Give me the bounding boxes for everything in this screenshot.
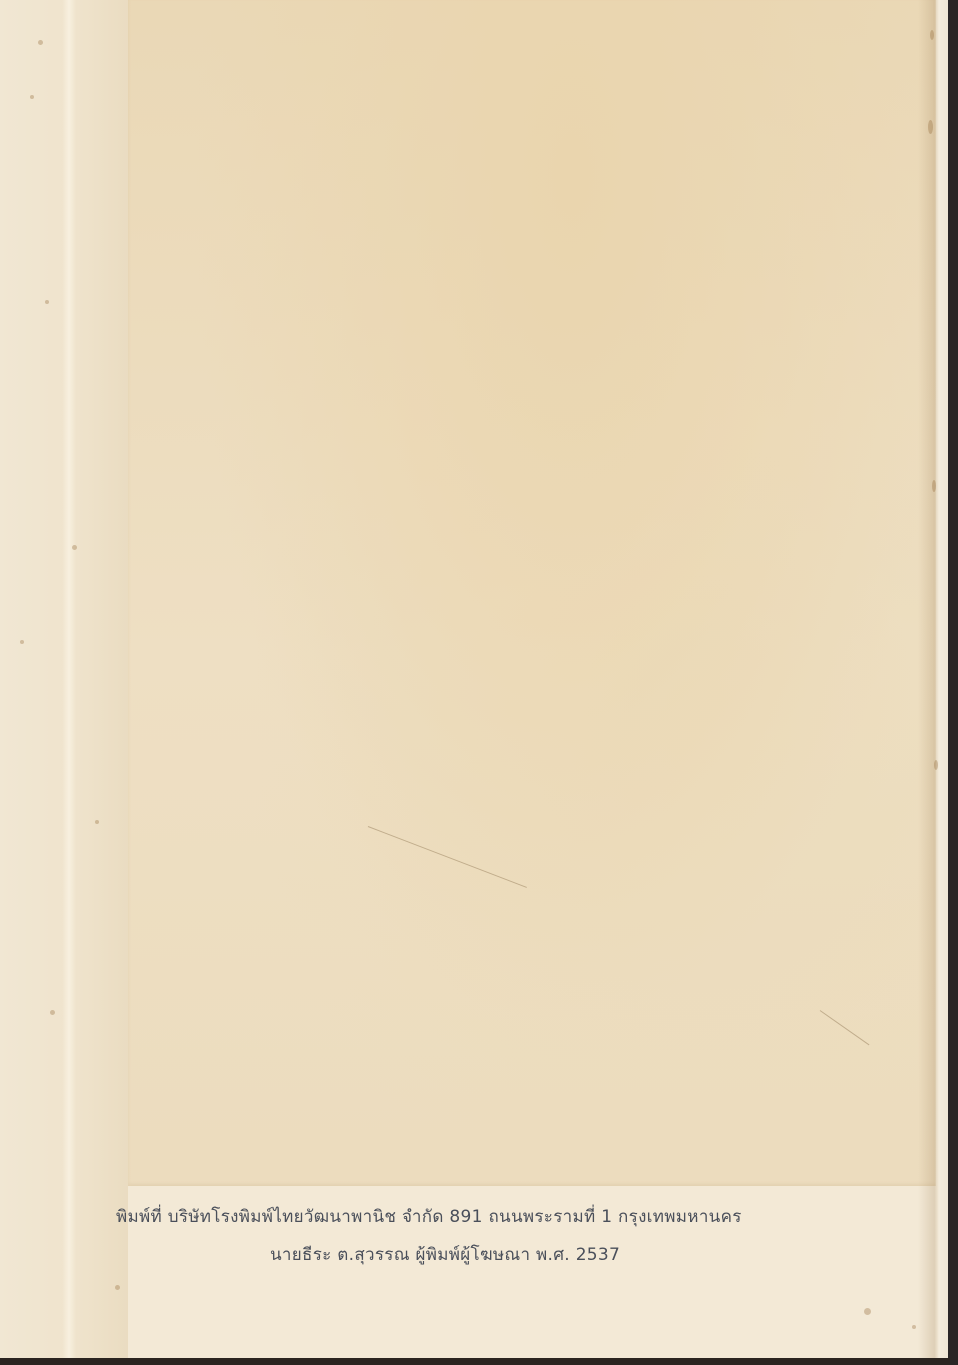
cover-panel (128, 0, 936, 1186)
foxing-spot (930, 30, 934, 40)
right-page-edge (918, 0, 948, 1360)
foxing-spot (928, 120, 933, 134)
foxing-spot (95, 820, 99, 824)
scan-bottom-edge (0, 1358, 950, 1365)
foxing-spot (38, 40, 43, 45)
foxing-spot (932, 480, 936, 492)
foxing-spot (864, 1308, 871, 1315)
foxing-spot (50, 1010, 55, 1015)
foxing-spot (45, 300, 49, 304)
foxing-spot (115, 1285, 120, 1290)
colophon-publisher-line: นายธีระ ต.สุวรรณ ผู้พิมพ์ผู้โฆษณา พ.ศ. 2… (270, 1241, 620, 1268)
foxing-spot (20, 640, 24, 644)
colophon-printer-line: พิมพ์ที่ บริษัทโรงพิมพ์ไทยวัฒนาพานิช จำก… (116, 1203, 742, 1230)
foxing-spot (72, 545, 77, 550)
foxing-spot (30, 95, 34, 99)
spine-crease (62, 0, 76, 1360)
foxing-spot (934, 760, 938, 770)
foxing-spot (912, 1325, 916, 1329)
book-back-cover: พิมพ์ที่ บริษัทโรงพิมพ์ไทยวัฒนาพานิช จำก… (0, 0, 948, 1360)
